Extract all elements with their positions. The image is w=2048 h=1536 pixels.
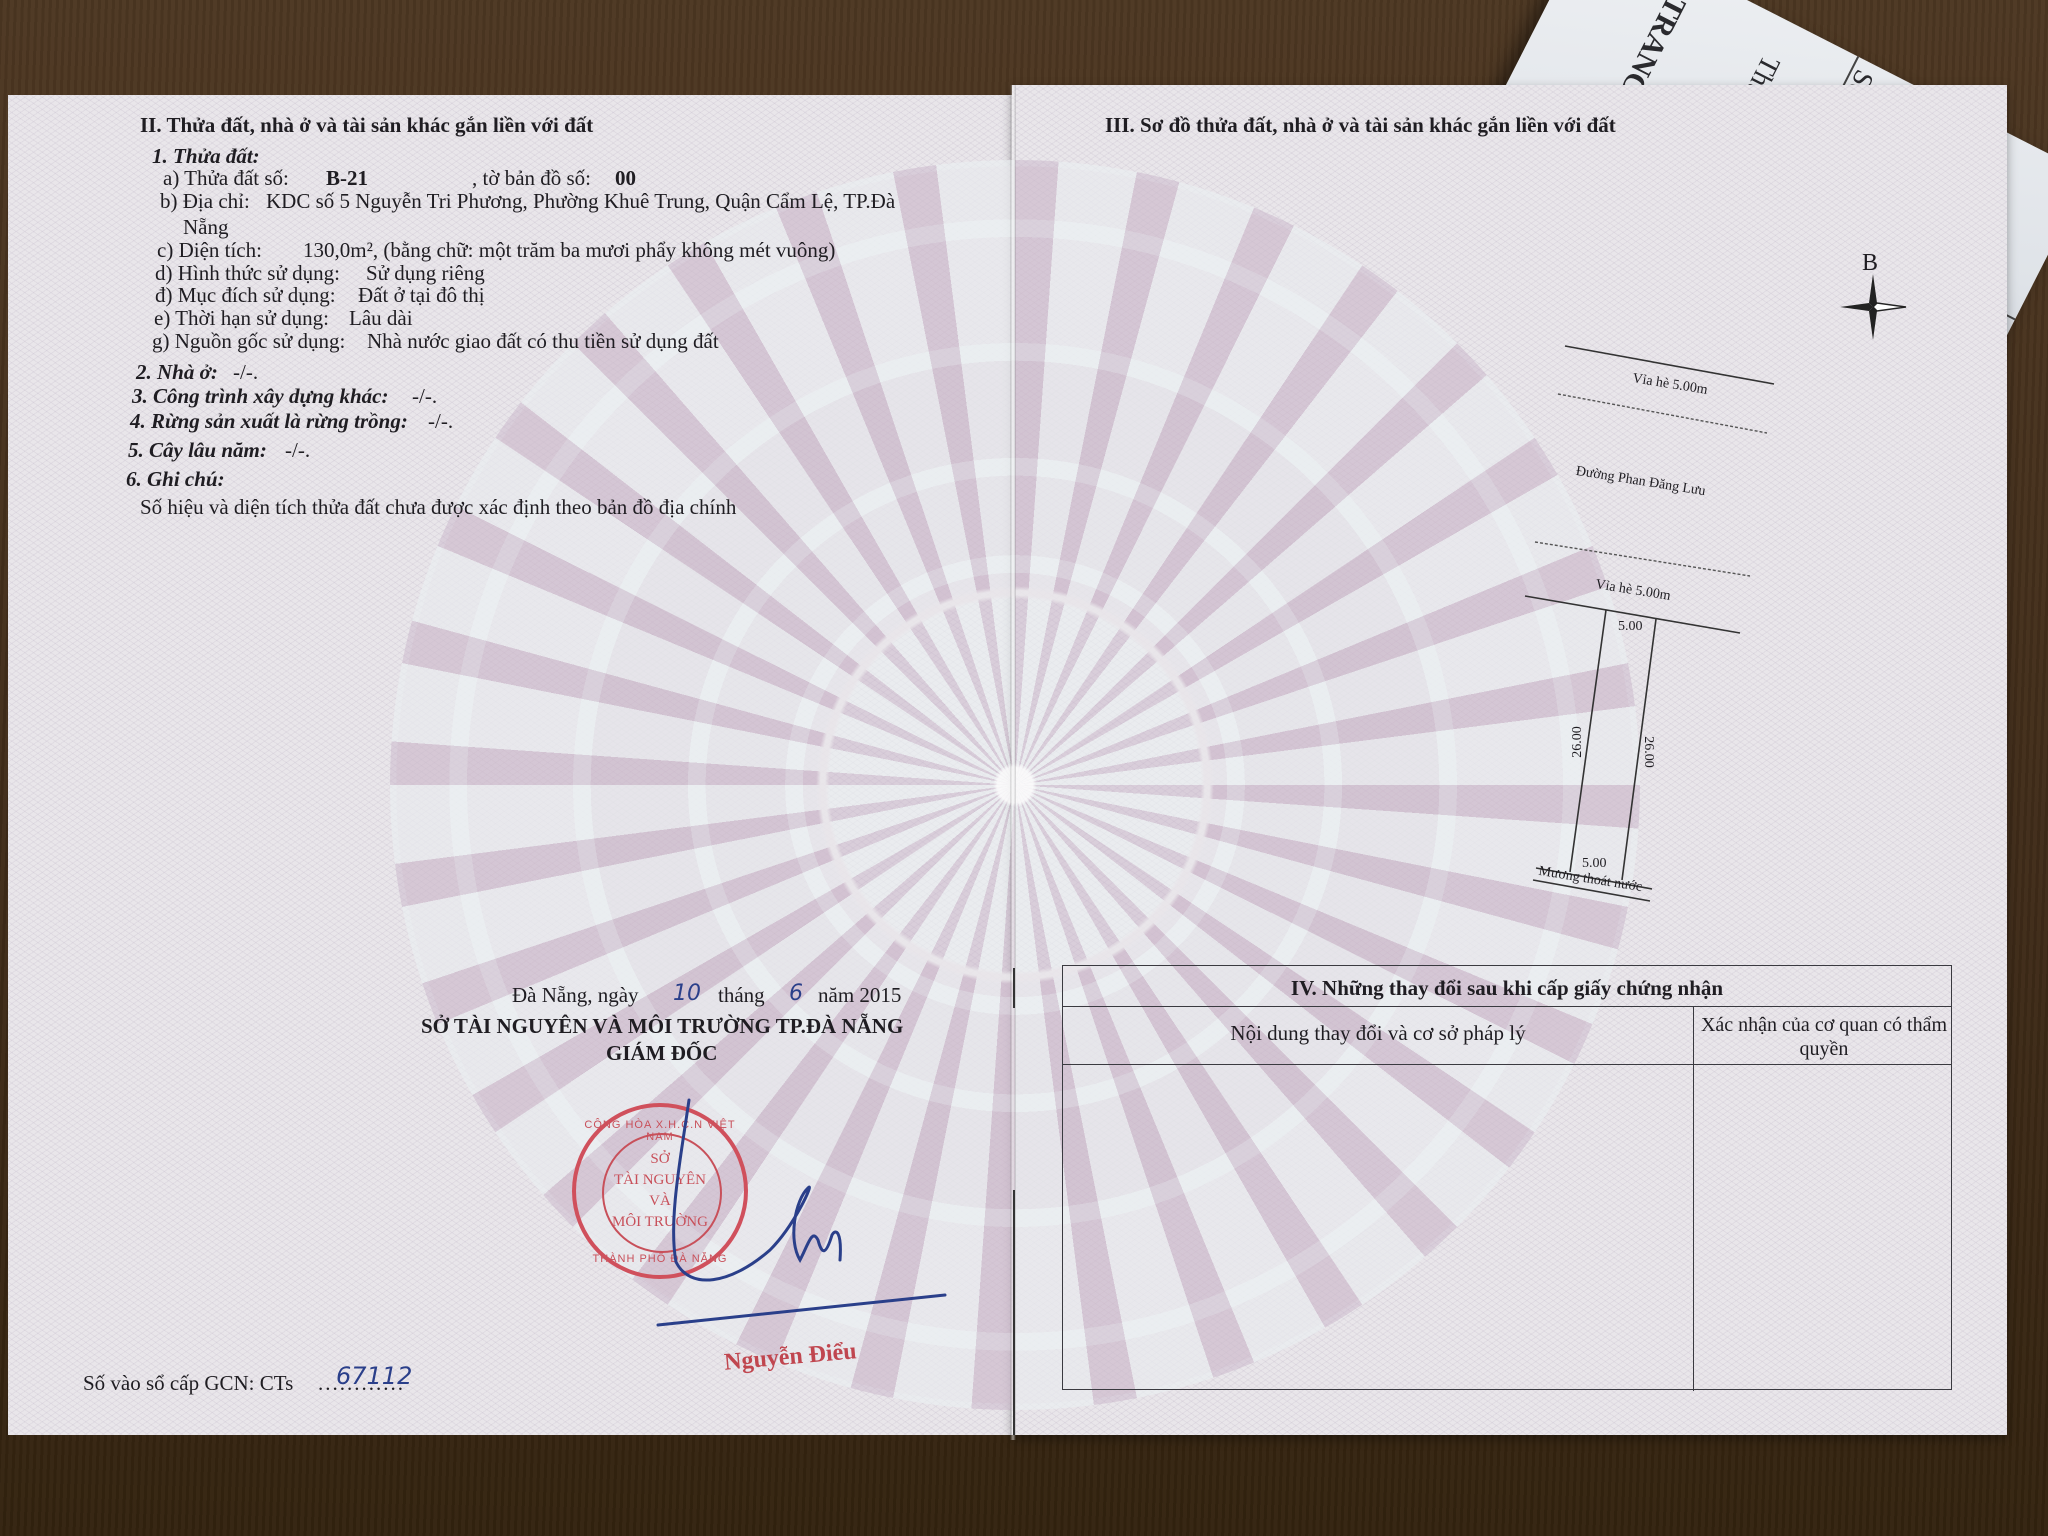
year-label: năm 2015	[818, 985, 901, 1006]
usage-purpose-value: Đất ở tại đô thị	[358, 285, 485, 306]
handwritten-day: 10	[673, 983, 701, 1005]
stamp-ring-top-text: CỘNG HÒA X.H.C.N VIỆT NAM	[576, 1119, 744, 1143]
confirmation-cell	[1695, 1066, 1951, 1389]
address-line1: KDC số 5 Nguyễn Tri Phương, Phường Khuê …	[266, 191, 895, 212]
map-sheet-number: 00	[615, 168, 636, 189]
north-arrow-icon	[1838, 272, 1908, 342]
area-value: 130,0m², (bằng chữ: một trăm ba mươi phẩ…	[303, 240, 835, 261]
map-sheet-label: , tờ bản đồ số:	[472, 168, 591, 189]
other-works-value: -/-.	[412, 386, 437, 407]
section-ii-title: II. Thửa đất, nhà ở và tài sản khác gắn …	[140, 115, 593, 136]
notes-text: Số hiệu và diện tích thửa đất chưa được …	[140, 497, 736, 518]
signer-position: GIÁM ĐỐC	[606, 1043, 717, 1064]
right-depth-label: 26.00	[1641, 736, 1655, 768]
usage-purpose-label: đ) Mục đích sử dụng:	[155, 285, 336, 306]
parcel-number: B-21	[326, 168, 368, 189]
back-width-label: 5.00	[1582, 857, 1607, 871]
forest-heading: 4. Rừng sản xuất là rừng trồng:	[130, 411, 408, 432]
stamp-center-text: SỞ TÀI NGUYÊN VÀ MÔI TRƯỜNG	[576, 1149, 744, 1233]
land-heading: 1. Thửa đất:	[152, 146, 260, 167]
fold-tear	[1013, 968, 1015, 1008]
house-value: -/-.	[233, 362, 258, 383]
column-header-confirmation: Xác nhận của cơ quan có thẩm quyền	[1695, 1013, 1953, 1061]
changes-table: IV. Những thay đổi sau khi cấp giấy chứn…	[1062, 965, 1952, 1390]
changes-content-cell	[1063, 1066, 1693, 1389]
origin-label: g) Nguồn gốc sử dụng:	[152, 331, 345, 352]
stamp-ring-bottom-text: THÀNH PHỐ ĐÀ NẴNG	[576, 1253, 744, 1265]
address-label: b) Địa chỉ:	[160, 191, 250, 212]
section-iii-title: III. Sơ đồ thửa đất, nhà ở và tài sản kh…	[1105, 115, 1616, 136]
handwritten-month: 6	[789, 983, 803, 1005]
fold-tear	[1013, 1190, 1015, 1435]
origin-value: Nhà nước giao đất có thu tiền sử dụng đấ…	[367, 331, 719, 352]
house-heading: 2. Nhà ở:	[136, 362, 218, 383]
address-line2: Nẵng	[183, 217, 229, 238]
forest-value: -/-.	[428, 411, 453, 432]
other-works-heading: 3. Công trình xây dựng khác:	[132, 386, 388, 407]
area-label: c) Diện tích:	[157, 240, 262, 261]
notes-heading: 6. Ghi chú:	[126, 469, 225, 490]
official-red-stamp: CỘNG HÒA X.H.C.N VIỆT NAM SỞ TÀI NGUYÊN …	[572, 1103, 748, 1279]
month-label: tháng	[718, 985, 765, 1006]
left-depth-label: 26.00	[1571, 726, 1585, 758]
registry-label: Số vào sổ cấp GCN: CTs	[83, 1373, 293, 1394]
column-header-content: Nội dung thay đổi và cơ sở pháp lý	[1063, 1021, 1693, 1046]
perennial-heading: 5. Cây lâu năm:	[128, 440, 267, 461]
place-date-prefix: Đà Nẵng, ngày	[512, 985, 639, 1006]
usage-term-value: Lâu dài	[349, 308, 413, 329]
issuing-agency: SỞ TÀI NGUYÊN VÀ MÔI TRƯỜNG TP.ĐÀ NẴNG	[421, 1016, 903, 1037]
usage-form-value: Sử dụng riêng	[366, 263, 485, 284]
usage-form-label: d) Hình thức sử dụng:	[155, 263, 340, 284]
front-width-label: 5.00	[1618, 620, 1643, 634]
table-header-divider	[1063, 1064, 1951, 1065]
parcel-label: a) Thửa đất số:	[163, 168, 289, 189]
perennial-value: -/-.	[285, 440, 310, 461]
usage-term-label: e) Thời hạn sử dụng:	[154, 308, 329, 329]
section-iv-title: IV. Những thay đổi sau khi cấp giấy chứn…	[1063, 966, 1951, 1007]
handwritten-registry-number: 67112	[336, 1364, 412, 1388]
